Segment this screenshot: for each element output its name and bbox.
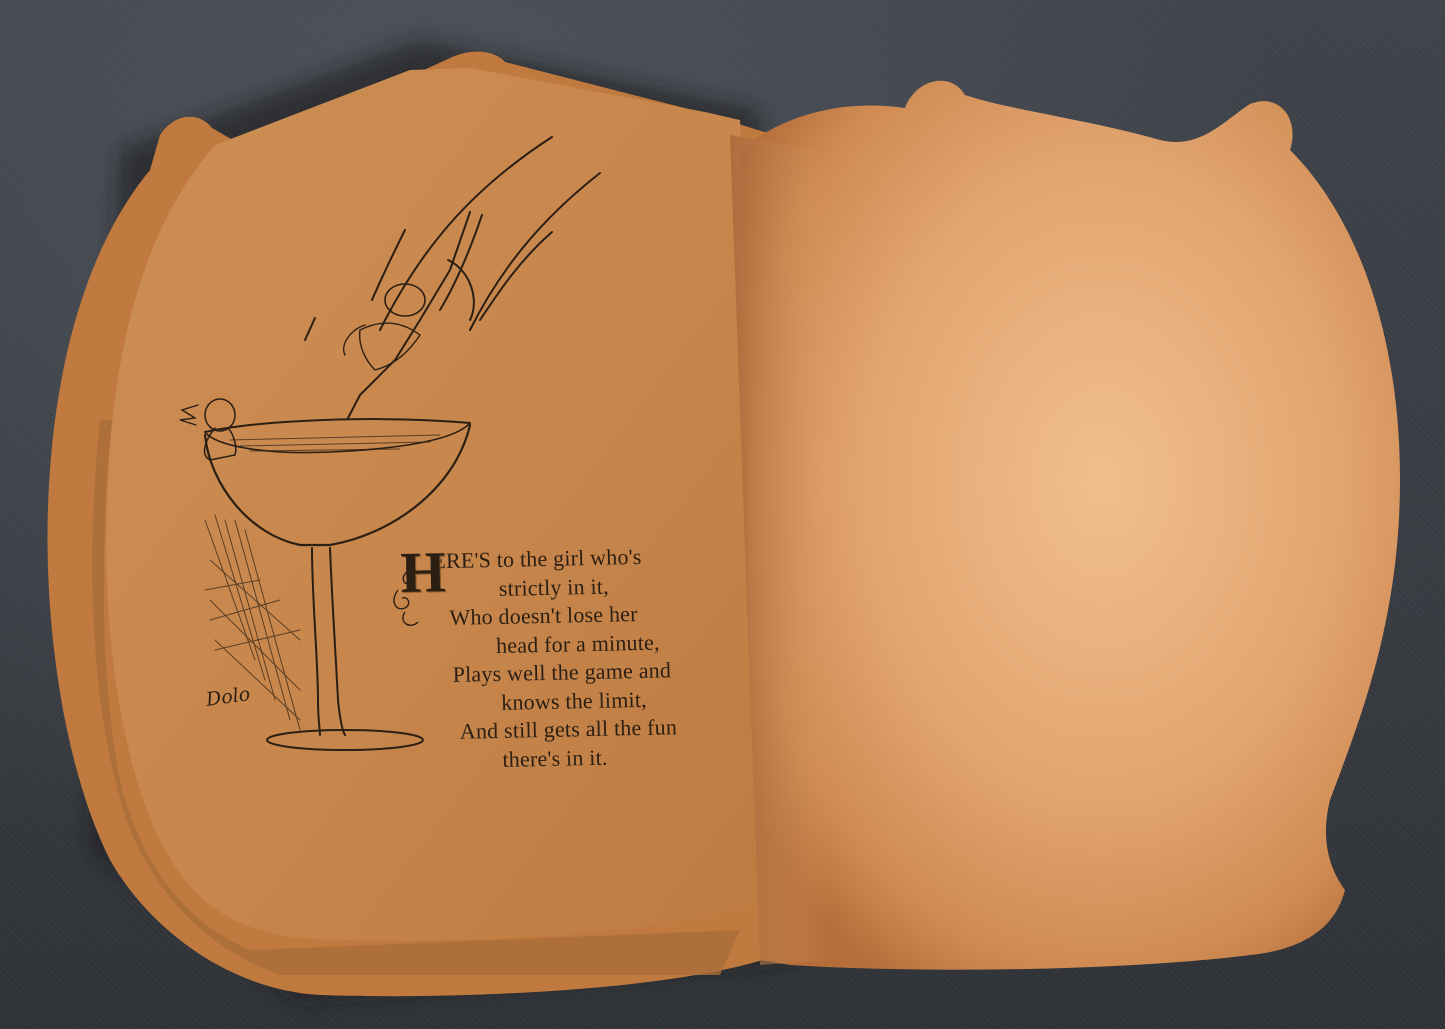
poem-text: H ERE'S to the girl who's strictly in it… — [400, 541, 725, 776]
poem-drop-cap: H — [400, 543, 447, 602]
booklet-photo — [0, 0, 1445, 1029]
left-page — [106, 68, 770, 941]
right-page — [740, 81, 1400, 970]
